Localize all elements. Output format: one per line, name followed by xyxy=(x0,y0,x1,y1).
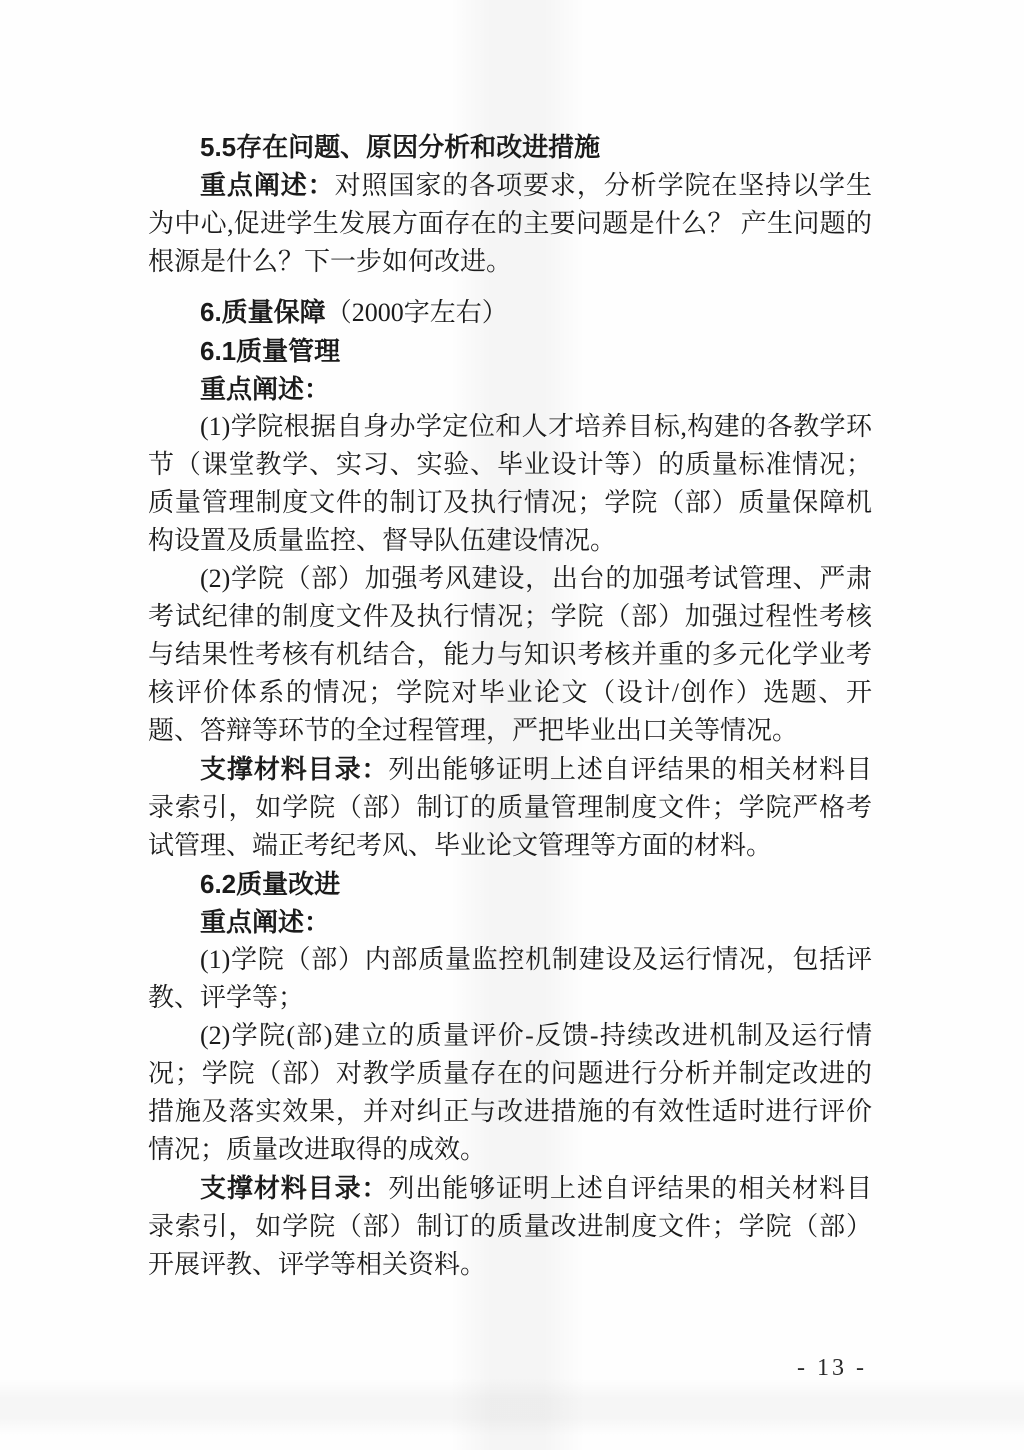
section-heading-6-2: 6.2质量改进 xyxy=(148,865,872,903)
section-heading-6: 6.质量保障（2000字左右） xyxy=(148,293,872,332)
paragraph-6-2-item-1: (1)学院（部）内部质量监控机制建设及运行情况，包括评教、评学等； xyxy=(148,941,872,1017)
document-body: 5.5存在问题、原因分析和改进措施 重点阐述：对照国家的各项要求，分析学院在坚持… xyxy=(148,128,872,1284)
page-number: - 13 - xyxy=(797,1355,867,1382)
heading-bold-part: 6.质量保障 xyxy=(200,297,326,327)
paragraph-6-1-item-1: (1)学院根据自身办学定位和人才培养目标,构建的各教学环节（课堂教学、实习、实验… xyxy=(148,408,872,560)
paragraph-6-2-item-2: (2)学院(部)建立的质量评价-反馈-持续改进机制及运行情况；学院（部）对教学质… xyxy=(148,1017,872,1169)
paragraph-key-points-5-5: 重点阐述：对照国家的各项要求，分析学院在坚持以学生为中心,促进学生发展方面存在的… xyxy=(148,166,872,281)
lead-label: 重点阐述： xyxy=(200,170,335,200)
key-points-label-6-2: 重点阐述： xyxy=(148,903,872,941)
key-points-label-6-1: 重点阐述： xyxy=(148,370,872,408)
heading-normal-part: （2000字左右） xyxy=(326,298,508,327)
paragraph-support-materials-6-1: 支撑材料目录：列出能够证明上述自评结果的相关材料目录索引，如学院（部）制订的质量… xyxy=(148,750,872,865)
scan-crease-horizontal xyxy=(0,1378,1024,1436)
lead-label: 支撑材料目录： xyxy=(200,754,388,784)
lead-label: 支撑材料目录： xyxy=(200,1173,388,1203)
section-heading-6-1: 6.1质量管理 xyxy=(148,332,872,370)
paragraph-support-materials-6-2: 支撑材料目录：列出能够证明上述自评结果的相关材料目录索引，如学院（部）制订的质量… xyxy=(148,1169,872,1284)
paragraph-6-1-item-2: (2)学院（部）加强考风建设，出台的加强考试管理、严肃考试纪律的制度文件及执行情… xyxy=(148,560,872,750)
section-heading-5-5: 5.5存在问题、原因分析和改进措施 xyxy=(148,128,872,166)
